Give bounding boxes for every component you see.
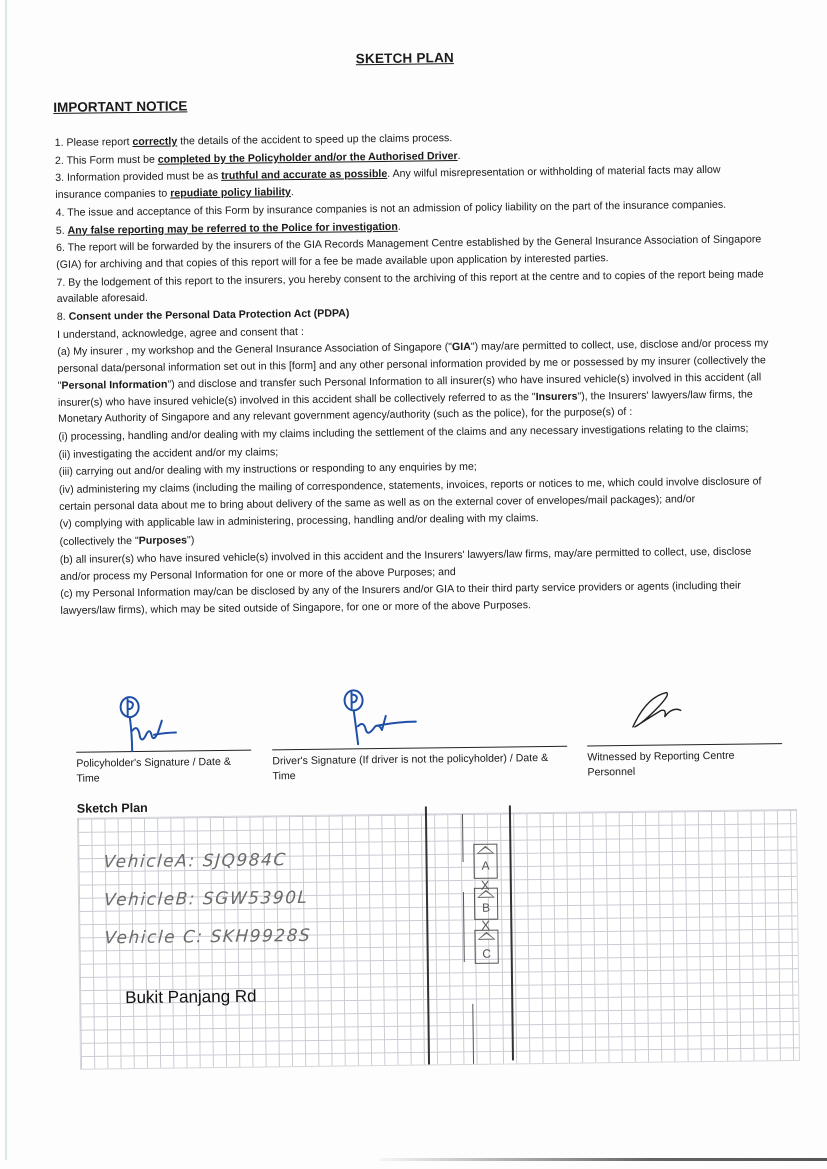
driver-signature-block: Driver's Signature (If driver is not the… xyxy=(271,684,567,785)
road-edge-left xyxy=(425,806,430,1064)
vehicle-a-plate-note: VehicleA: SJQ984C xyxy=(103,850,287,872)
important-notice-list: 1. Please report correctly the details o… xyxy=(55,126,773,620)
sketch-grid: VehicleA: SJQ984C VehicleB: SGW5390L Veh… xyxy=(77,809,800,1070)
vehicle-c-plate-note: Vehicle C: SKH9928S xyxy=(104,926,312,949)
vehicle-b-marker: B xyxy=(474,888,498,920)
vehicle-b-plate-note: VehicleB: SGW5390L xyxy=(103,888,309,911)
driver-signature-label: Driver's Signature (If driver is not the… xyxy=(272,751,567,785)
scan-edge-shadow xyxy=(380,1158,827,1161)
policyholder-signature xyxy=(75,688,251,752)
lane-divider-upper xyxy=(462,814,464,862)
vehicle-c-marker: C xyxy=(474,930,498,964)
witness-signature-block: Witnessed by Reporting Centre Personnel xyxy=(586,681,782,780)
witness-signature xyxy=(586,681,782,745)
sketch-plan-label: Sketch Plan xyxy=(77,801,148,816)
policyholder-signature-block: Policyholder's Signature / Date & Time xyxy=(75,688,251,787)
vehicle-a-marker: A xyxy=(473,844,497,879)
policyholder-signature-label: Policyholder's Signature / Date & Time xyxy=(76,755,251,787)
lane-divider-middle xyxy=(463,892,465,962)
page-title: SKETCH PLAN xyxy=(356,50,454,66)
driver-signature xyxy=(271,684,567,750)
road-edge-right xyxy=(509,805,514,1060)
scanned-page: SKETCH PLAN IMPORTANT NOTICE 1. Please r… xyxy=(0,0,827,1169)
notice-item-8a: (a) My insurer , my workshop and the Gen… xyxy=(57,336,770,428)
lane-divider-lower xyxy=(472,1004,474,1064)
scan-edge xyxy=(5,0,7,1160)
witness-signature-label: Witnessed by Reporting Centre Personnel xyxy=(587,748,782,780)
road-name-label: Bukit Panjang Rd xyxy=(125,987,257,1009)
notice-heading: IMPORTANT NOTICE xyxy=(53,98,187,115)
